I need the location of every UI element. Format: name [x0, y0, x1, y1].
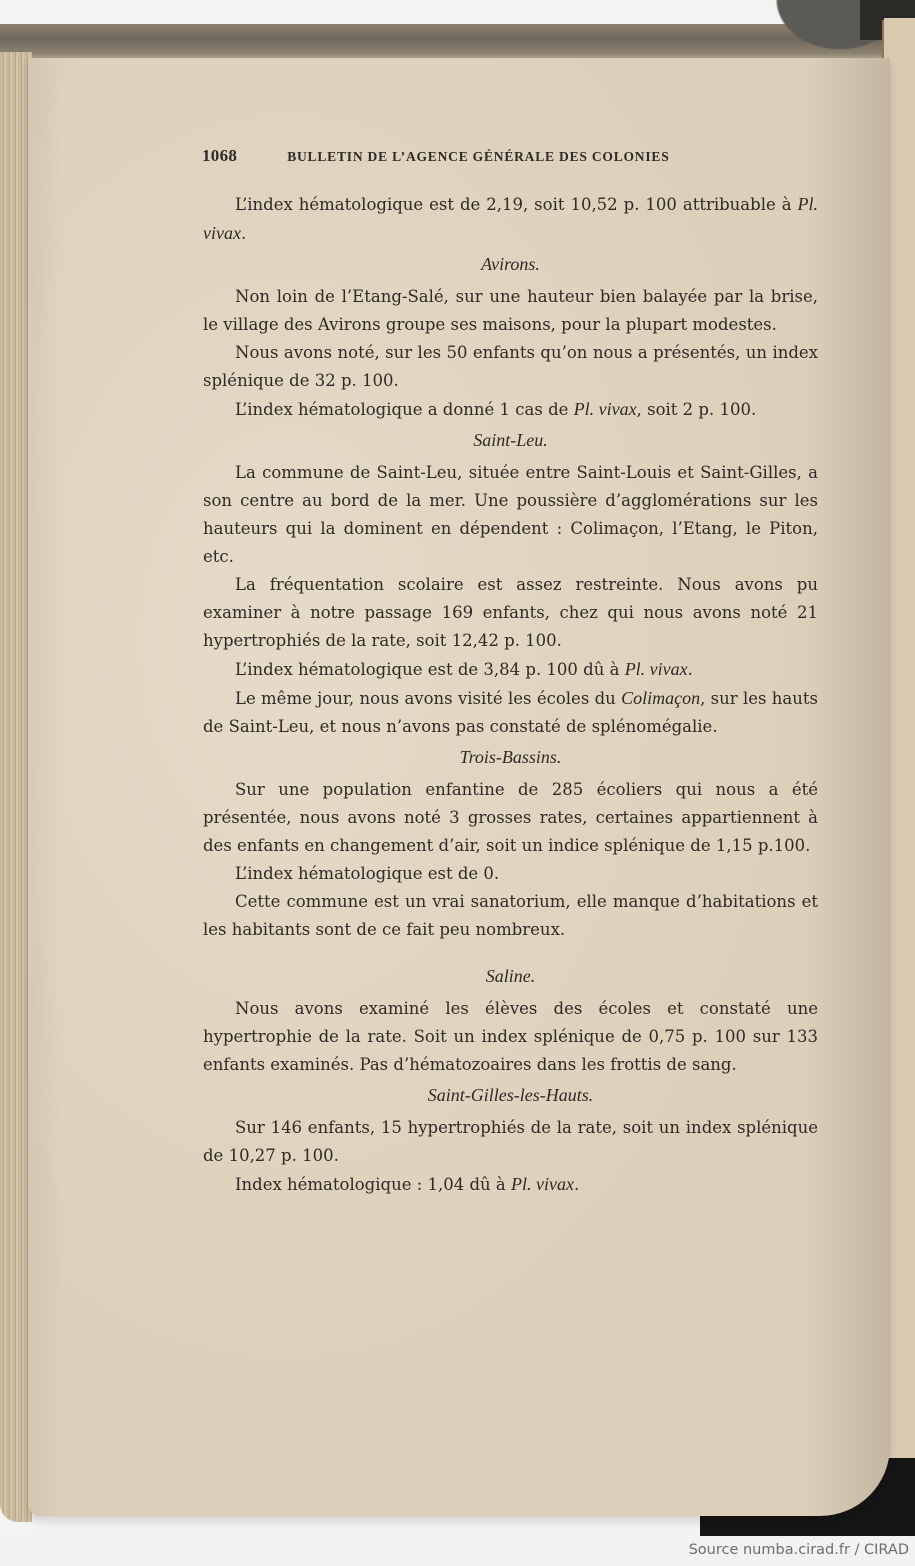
- italic-term: Pl. vivax: [511, 1174, 574, 1194]
- italic-term: Pl. vivax: [203, 194, 818, 243]
- paragraph: L’index hématologique est de 3,84 p. 100…: [203, 655, 818, 684]
- section-gap: [203, 944, 818, 960]
- paragraph: Le même jour, nous avons visité les écol…: [203, 684, 818, 741]
- section-heading: Avirons.: [203, 249, 818, 279]
- paragraph: L’index hématologique a donné 1 cas de P…: [203, 395, 818, 424]
- paragraph: Non loin de l’Etang-Salé, sur une hauteu…: [203, 283, 818, 339]
- section-heading: Saint-Gilles-les-Hauts.: [203, 1080, 818, 1110]
- running-title: BULLETIN DE L’AGENCE GÉNÉRALE DES COLONI…: [287, 149, 669, 165]
- section-heading: Trois-Bassins.: [203, 742, 818, 772]
- source-credit: Source numba.cirad.fr / CIRAD: [689, 1542, 909, 1558]
- article-body: L’index hématologique est de 2,19, soit …: [203, 190, 818, 1199]
- section-heading: Saint-Leu.: [203, 425, 818, 455]
- italic-term: Pl. vivax: [625, 659, 688, 679]
- paragraph: Index hématologique : 1,04 dû à Pl. viva…: [203, 1170, 818, 1199]
- paragraph: L’index hématologique est de 0.: [203, 860, 818, 888]
- paragraph: Cette commune est un vrai sanatorium, el…: [203, 888, 818, 944]
- italic-term: Colimaçon: [621, 688, 700, 708]
- paragraph: Nous avons examiné les élèves des écoles…: [203, 995, 818, 1079]
- paragraph: Sur une population enfantine de 285 écol…: [203, 776, 818, 860]
- page-content: 1068 BULLETIN DE L’AGENCE GÉNÉRALE DES C…: [0, 0, 915, 1566]
- paragraph: L’index hématologique est de 2,19, soit …: [203, 190, 818, 248]
- running-header: 1068 BULLETIN DE L’AGENCE GÉNÉRALE DES C…: [202, 146, 732, 166]
- paragraph: La fréquentation scolaire est assez rest…: [203, 571, 818, 655]
- italic-term: Pl. vivax: [574, 399, 637, 419]
- paragraph: Sur 146 enfants, 15 hypertrophiés de la …: [203, 1114, 818, 1170]
- section-heading: Saline.: [203, 961, 818, 991]
- page-number: 1068: [202, 146, 237, 166]
- paragraph: Nous avons noté, sur les 50 enfants qu’o…: [203, 339, 818, 395]
- paragraph: La commune de Saint-Leu, située entre Sa…: [203, 459, 818, 571]
